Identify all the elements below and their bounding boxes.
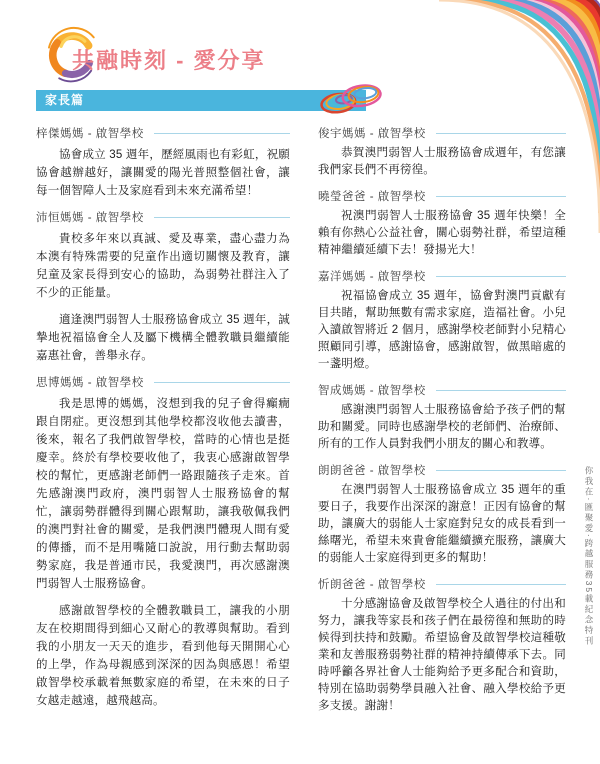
testimonial-paragraph: 十分感謝協會及啟智學校仝人過往的付出和努力，讓我等家長和孩子們在最徬徨和無助的時… <box>318 596 566 715</box>
testimonial-author: 梓傑媽媽 - 啟智學校 <box>36 125 144 141</box>
testimonial-author: 朗朗爸爸 - 啟智學校 <box>318 462 426 478</box>
testimonial-section: 智成媽媽 - 啟智學校 感謝澳門弱智人士服務協會給予孩子們的幫助和關愛。同時也感… <box>318 382 566 453</box>
testimonial-paragraph: 適逢澳門弱智人士服務協會成立 35 週年，誠摯地祝福協會全人及屬下機構全體教職員… <box>36 311 290 365</box>
testimonial-paragraph: 感謝澳門弱智人士服務協會給予孩子們的幫助和關愛。同時也感謝學校的老師們、治療師、… <box>318 402 566 453</box>
testimonial-paragraph: 協會成立 35 週年，歷經風雨也有彩虹，祝願協會越辦越好，讓關愛的陽光普照整個社… <box>36 146 290 200</box>
testimonial-paragraph: 在澳門弱智人士服務協會成立 35 週年的重要日子，我要作出深深的謝意！正因有協會… <box>318 482 566 567</box>
testimonial-heading: 嘉洋媽媽 - 啟智學校 <box>318 268 566 284</box>
testimonial-author: 俊宇媽媽 - 啟智學校 <box>318 125 426 141</box>
left-column: 梓傑媽媽 - 啟智學校 協會成立 35 週年，歷經風雨也有彩虹，祝願協會越辦越好… <box>36 116 290 719</box>
testimonial-section: 俊宇媽媽 - 啟智學校 恭賀澳門弱智人士服務協會成週年，有您讓我們家長們不再徬徨… <box>318 125 566 179</box>
right-column: 俊宇媽媽 - 啟智學校 恭賀澳門弱智人士服務協會成週年，有您讓我們家長們不再徬徨… <box>318 116 566 723</box>
testimonial-section: 嘉洋媽媽 - 啟智學校 祝福協會成立 35 週年，協會對澳門貢獻有目共睹，幫助無… <box>318 268 566 373</box>
testimonial-author: 忻朗爸爸 - 啟智學校 <box>318 576 426 592</box>
heading-rule <box>154 382 290 383</box>
heading-rule <box>436 584 566 585</box>
testimonial-paragraph: 我是思博的媽媽，沒想到我的兒子會得癲癇跟自閉症。更沒想到其他學校都沒收他去讀書，… <box>36 395 290 593</box>
testimonial-section: 沛恒媽媽 - 啟智學校 貴校多年來以真誠、愛及專業，盡心盡力為本澳有特殊需要的兒… <box>36 209 290 365</box>
heading-rule <box>436 390 566 391</box>
testimonial-author: 智成媽媽 - 啟智學校 <box>318 382 426 398</box>
testimonial-heading: 朗朗爸爸 - 啟智學校 <box>318 462 566 478</box>
testimonial-heading: 忻朗爸爸 - 啟智學校 <box>318 576 566 592</box>
testimonial-section: 朗朗爸爸 - 啟智學校 在澳門弱智人士服務協會成立 35 週年的重要日子，我要作… <box>318 462 566 567</box>
magazine-page: 共融時刻 - 愛分享 家長篇 梓傑媽媽 - 啟智學校 協會成立 35 週年，歷經… <box>0 0 600 764</box>
testimonial-paragraph: 貴校多年來以真誠、愛及專業，盡心盡力為本澳有特殊需要的兒童作出適切關懷及教育，讓… <box>36 230 290 302</box>
testimonial-heading: 俊宇媽媽 - 啟智學校 <box>318 125 566 141</box>
testimonial-paragraph: 祝澳門弱智人士服務協會 35 週年快樂！全賴有你熱心公益社會，關心弱勢社群，希望… <box>318 208 566 259</box>
section-banner-label: 家長篇 <box>45 93 84 107</box>
page-title: 共融時刻 - 愛分享 <box>72 44 266 75</box>
testimonial-author: 沛恒媽媽 - 啟智學校 <box>36 209 144 225</box>
testimonial-author: 思博媽媽 - 啟智學校 <box>36 374 144 390</box>
testimonial-section: 梓傑媽媽 - 啟智學校 協會成立 35 週年，歷經風雨也有彩虹，祝願協會越辦越好… <box>36 125 290 200</box>
heading-rule <box>436 276 566 277</box>
testimonial-author: 嘉洋媽媽 - 啟智學校 <box>318 268 426 284</box>
testimonial-paragraph: 祝福協會成立 35 週年，協會對澳門貢獻有目共睹，幫助無數有需求家庭，造福社會。… <box>318 288 566 373</box>
testimonial-heading: 梓傑媽媽 - 啟智學校 <box>36 125 290 141</box>
heading-rule <box>436 196 566 197</box>
testimonial-heading: 曉瑩爸爸 - 啟智學校 <box>318 188 566 204</box>
testimonial-section: 曉瑩爸爸 - 啟智學校 祝澳門弱智人士服務協會 35 週年快樂！全賴有你熱心公益… <box>318 188 566 259</box>
banner-swirl-icon <box>316 82 390 116</box>
heading-rule <box>154 133 290 134</box>
heading-rule <box>436 133 566 134</box>
testimonial-heading: 智成媽媽 - 啟智學校 <box>318 382 566 398</box>
testimonial-paragraph: 恭賀澳門弱智人士服務協會成週年，有您讓我們家長們不再徬徨。 <box>318 145 566 179</box>
testimonial-heading: 思博媽媽 - 啟智學校 <box>36 374 290 390</box>
testimonial-author: 曉瑩爸爸 - 啟智學校 <box>318 188 426 204</box>
page-edge-caption: 你我在·匯聚愛·跨越服務35載紀念特刊 <box>583 466 595 647</box>
heading-rule <box>436 470 566 471</box>
testimonial-section: 忻朗爸爸 - 啟智學校 十分感謝協會及啟智學校仝人過往的付出和努力，讓我等家長和… <box>318 576 566 715</box>
heading-rule <box>154 217 290 218</box>
testimonial-paragraph: 感謝啟智學校的全體教職員工，讓我的小朋友在校期間得到細心又耐心的教導與幫助。看到… <box>36 602 290 710</box>
testimonial-section: 思博媽媽 - 啟智學校 我是思博的媽媽，沒想到我的兒子會得癲癇跟自閉症。更沒想到… <box>36 374 290 710</box>
testimonial-heading: 沛恒媽媽 - 啟智學校 <box>36 209 290 225</box>
